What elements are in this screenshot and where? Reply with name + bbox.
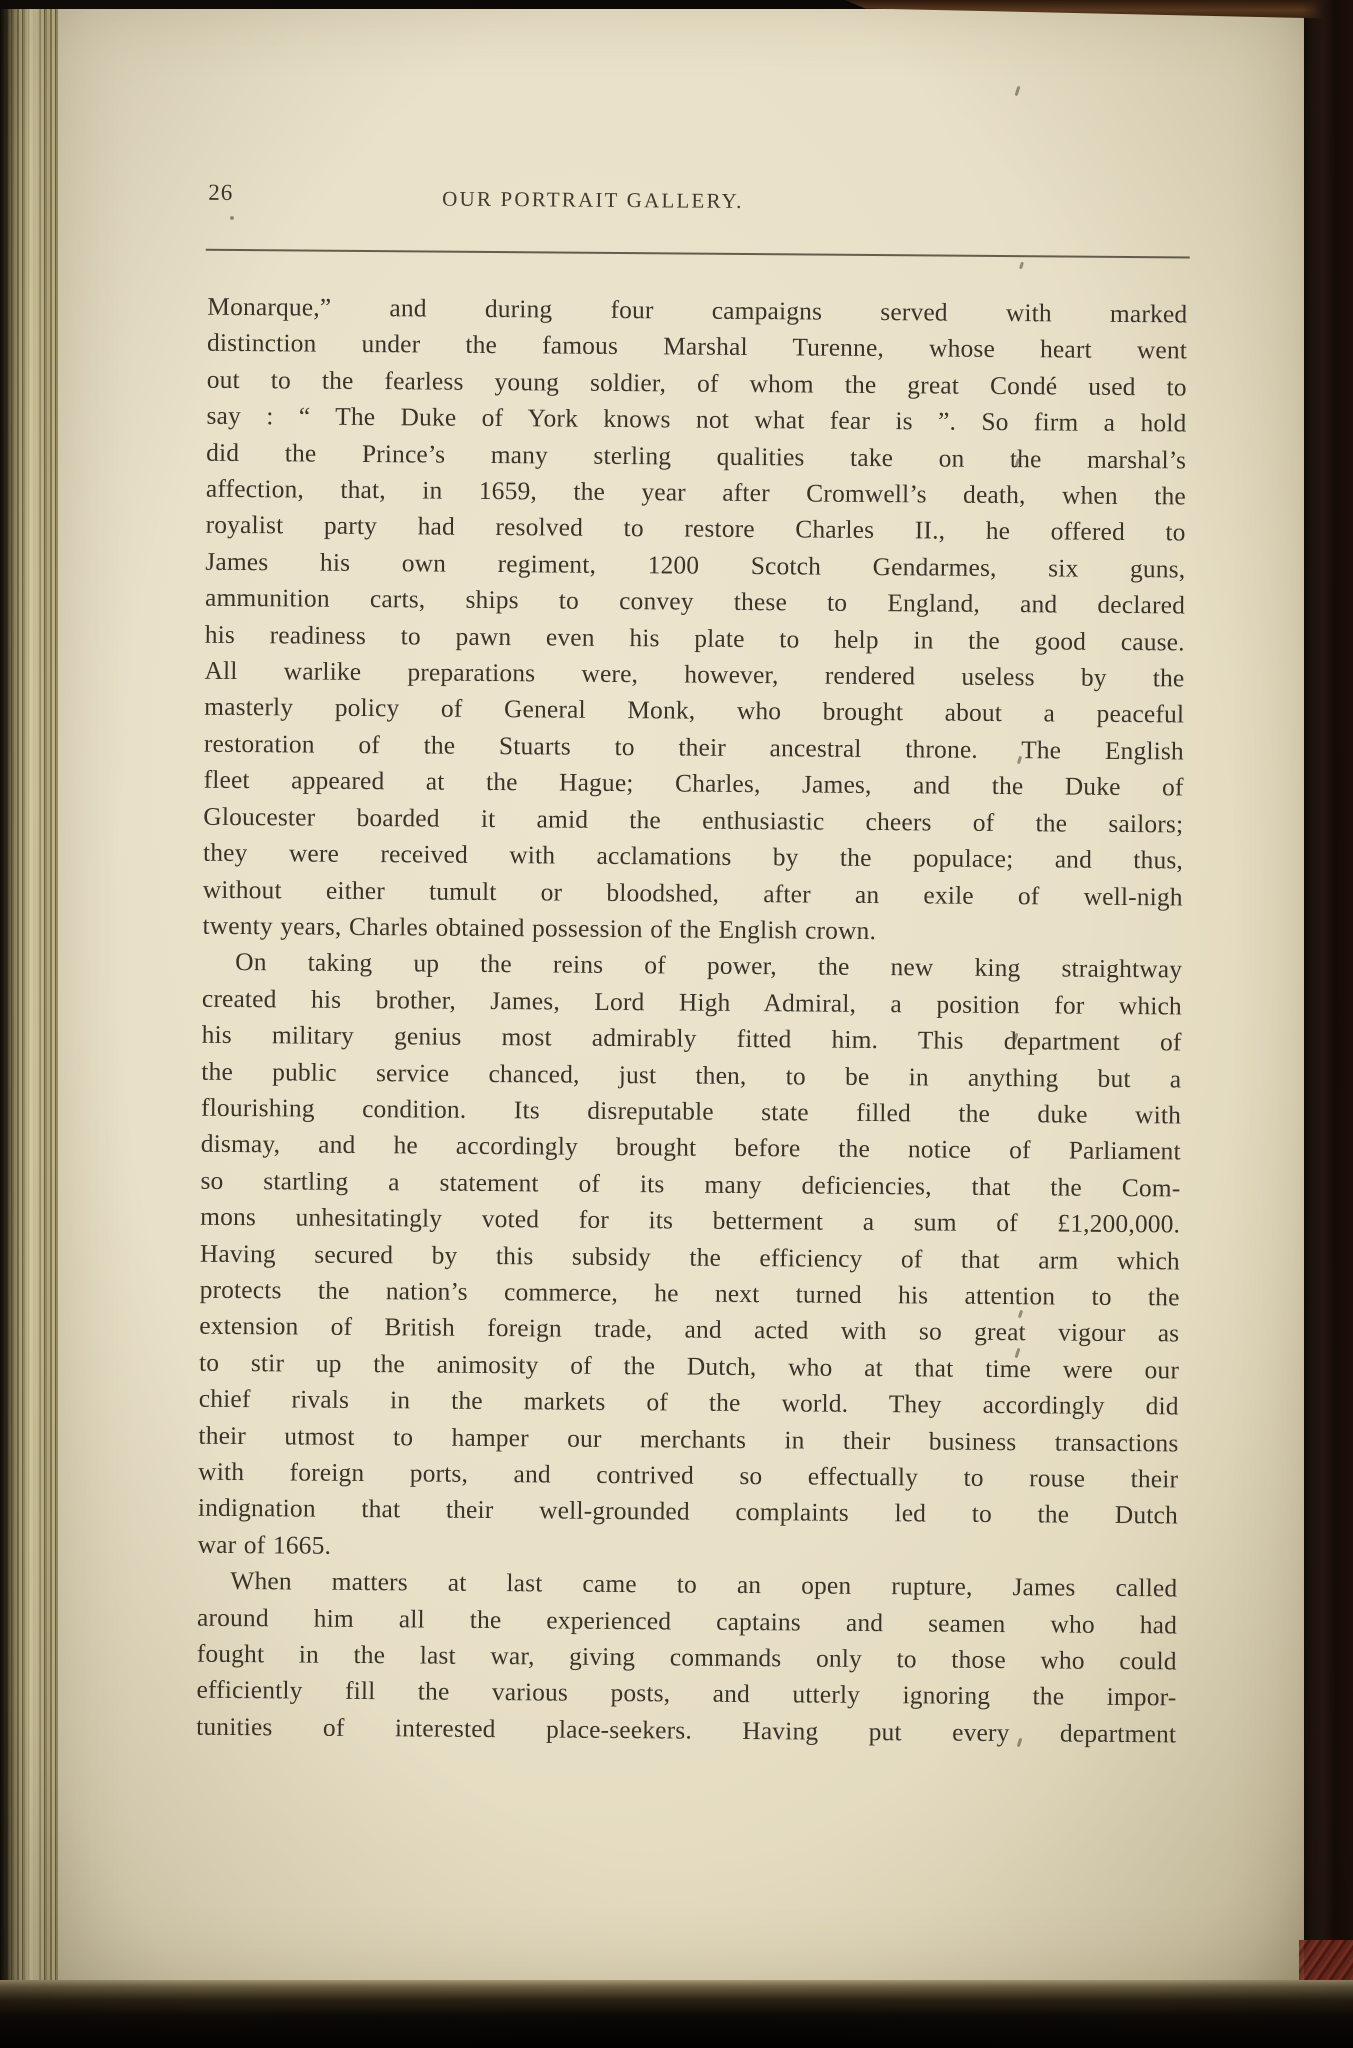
printed-content: 26 OUR PORTRAIT GALLERY. Monarque,” and …: [44, 5, 1305, 1989]
header-rule: [206, 249, 1190, 259]
paragraph: When matters at last came to an open rup…: [196, 1563, 1177, 1753]
page-number: 26: [208, 180, 233, 206]
page-text: Monarque,” and during four campaigns ser…: [196, 289, 1187, 1753]
book-cover-bottom-edge: [0, 1980, 1353, 2048]
book-cover-right: [1303, 0, 1353, 2048]
book-photograph: 26 OUR PORTRAIT GALLERY. Monarque,” and …: [0, 0, 1353, 2048]
text-line: indignation that their well-grounded com…: [198, 1490, 1178, 1534]
paragraph: Monarque,” and during four campaigns ser…: [202, 289, 1187, 952]
text-line: tunities of interested place-seekers. Ha…: [196, 1709, 1176, 1753]
book-page: 26 OUR PORTRAIT GALLERY. Monarque,” and …: [58, 6, 1304, 1980]
running-header: OUR PORTRAIT GALLERY.: [442, 187, 744, 214]
paragraph: On taking up the reins of power, the new…: [197, 944, 1182, 1571]
